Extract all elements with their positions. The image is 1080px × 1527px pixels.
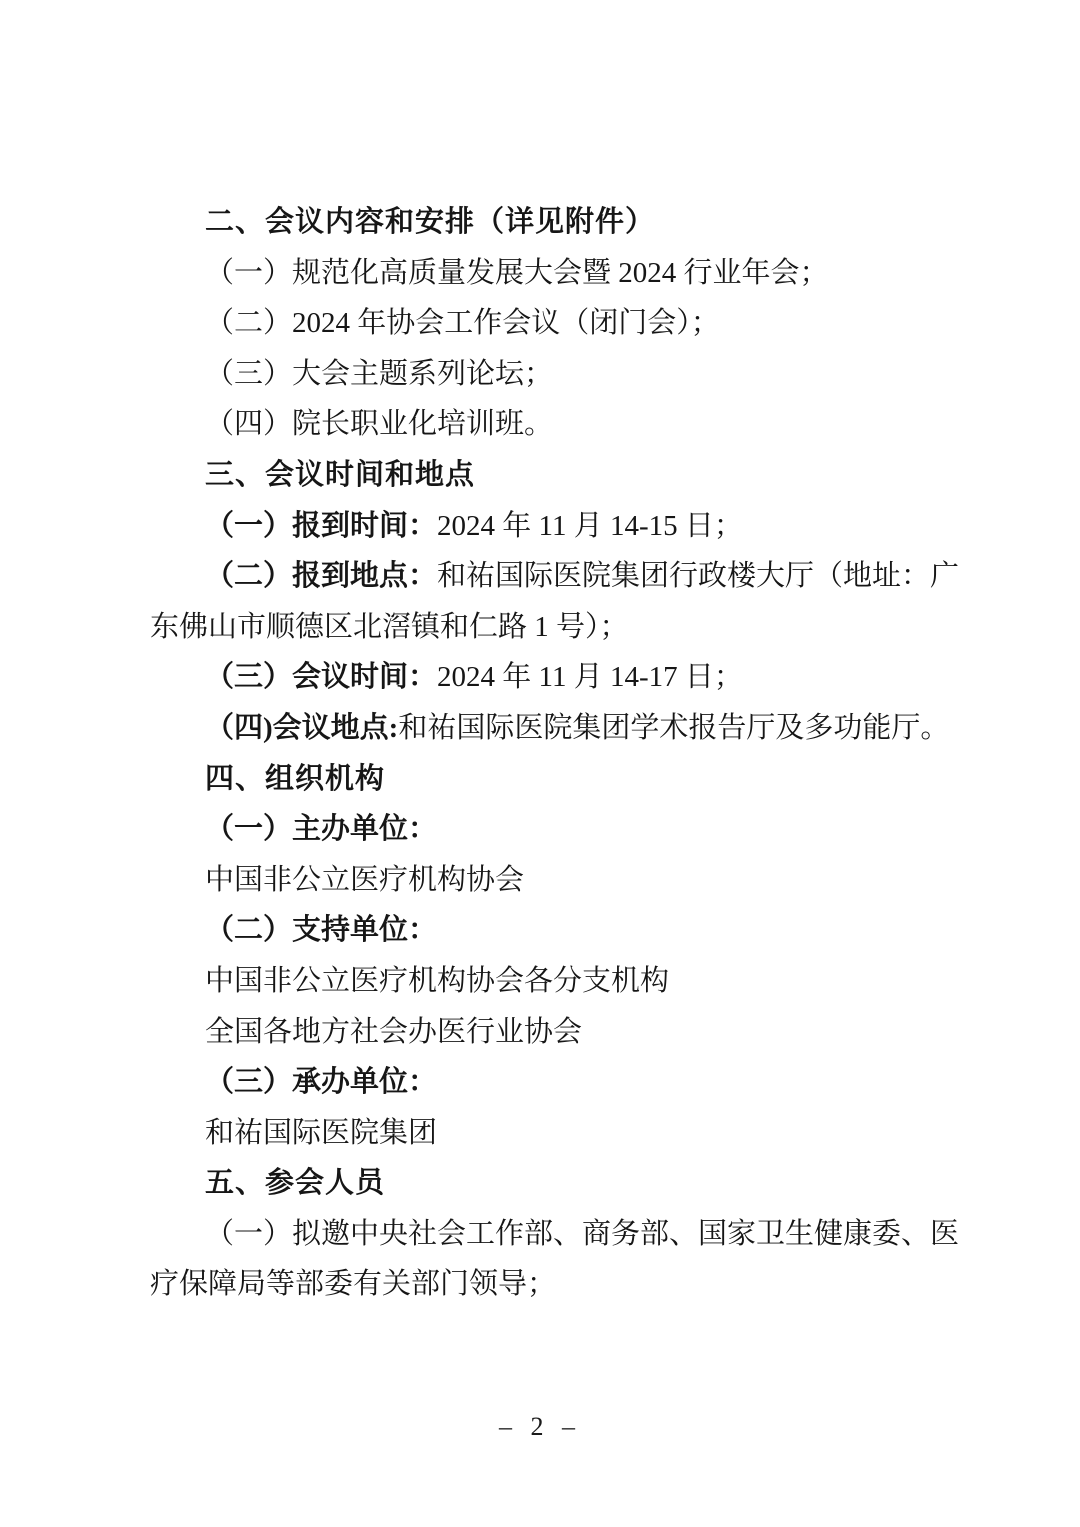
list-item: （一）规范化高质量发展大会暨 2024 行业年会； (150, 248, 955, 299)
item-label: （一）报到时间： (205, 510, 437, 542)
item-label: （三）承办单位： (205, 1066, 437, 1098)
org-name: 全国各地方社会办医行业协会 (150, 1007, 955, 1058)
section-heading-2: 二、会议内容和安排（详见附件） (150, 197, 955, 248)
continuation-line: 疗保障局等部委有关部门领导； (150, 1259, 955, 1310)
section-heading-5: 五、参会人员 (150, 1158, 955, 1209)
list-item: （三）大会主题系列论坛； (150, 349, 955, 400)
continuation-line: 东佛山市顺德区北滘镇和仁路 1 号）； (150, 602, 955, 653)
section-heading-3: 三、会议时间和地点 (150, 450, 955, 501)
item-text: 2024 年 11 月 14-15 日； (437, 510, 743, 542)
item-text: 2024 年 11 月 14-17 日； (437, 661, 743, 693)
list-item: （一）主办单位： (150, 804, 955, 855)
page-number: – 2 – (0, 1412, 1080, 1442)
list-item: （一）报到时间：2024 年 11 月 14-15 日； (150, 501, 955, 552)
org-name: 中国非公立医疗机构协会 (150, 855, 955, 906)
list-item: （二）报到地点：和祐国际医院集团行政楼大厅（地址：广 (150, 551, 955, 602)
document-body: 二、会议内容和安排（详见附件） （一）规范化高质量发展大会暨 2024 行业年会… (150, 197, 955, 1310)
item-text: 和祐国际医院集团行政楼大厅（地址：广 (437, 560, 959, 592)
list-item: （二）2024 年协会工作会议（闭门会）； (150, 298, 955, 349)
section-heading-4: 四、组织机构 (150, 754, 955, 805)
item-label: （四)会议地点: (205, 712, 398, 744)
document-page: 二、会议内容和安排（详见附件） （一）规范化高质量发展大会暨 2024 行业年会… (0, 0, 1080, 1527)
item-label: （三）会议时间： (205, 661, 437, 693)
list-item: （三）会议时间：2024 年 11 月 14-17 日； (150, 652, 955, 703)
list-item: （四）院长职业化培训班。 (150, 399, 955, 450)
item-label: （二）支持单位： (205, 914, 437, 946)
list-item: （一）拟邀中央社会工作部、商务部、国家卫生健康委、医 (150, 1209, 955, 1260)
list-item: （二）支持单位： (150, 905, 955, 956)
list-item: （四)会议地点:和祐国际医院集团学术报告厅及多功能厅。 (150, 703, 955, 754)
item-text: 和祐国际医院集团学术报告厅及多功能厅。 (398, 712, 949, 744)
org-name: 和祐国际医院集团 (150, 1108, 955, 1159)
list-item: （三）承办单位： (150, 1057, 955, 1108)
org-name: 中国非公立医疗机构协会各分支机构 (150, 956, 955, 1007)
item-label: （一）主办单位： (205, 813, 437, 845)
item-label: （二）报到地点： (205, 560, 437, 592)
